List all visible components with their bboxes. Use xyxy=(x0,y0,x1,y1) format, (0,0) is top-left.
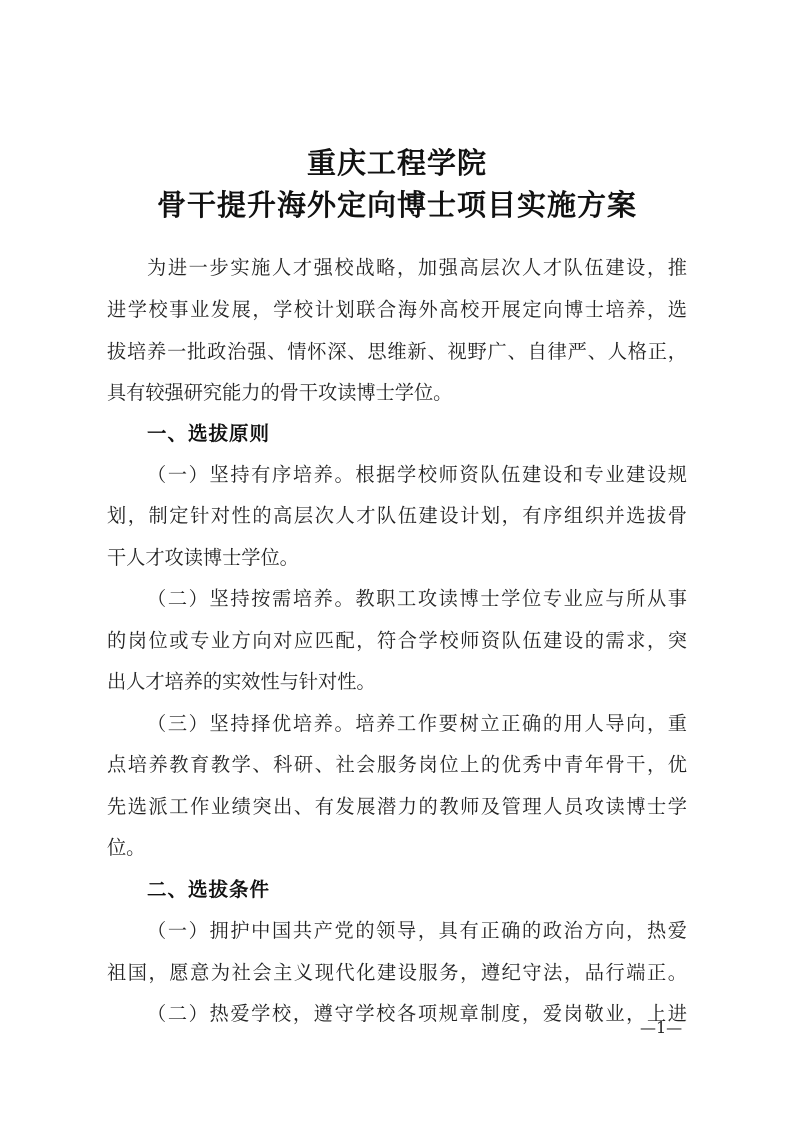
text-line: 划，制定针对性的高层次人才队伍建设计划，有序组织并选拔骨 xyxy=(107,503,687,529)
text-line: 祖国，愿意为社会主义现代化建设服务，遵纪守法，品行端正。 xyxy=(107,960,687,986)
section-heading-selection-conditions: 二、选拔条件 xyxy=(147,877,270,903)
text-line: 的岗位或专业方向对应匹配，符合学校师资队伍建设的需求，突 xyxy=(107,628,687,654)
text-line: 拔培养一批政治强、情怀深、思维新、视野广、自律严、人格正， xyxy=(107,339,687,365)
document-title-line1: 重庆工程学院 xyxy=(0,141,794,182)
text-line: 为进一步实施人才强校战略，加强高层次人才队伍建设，推 xyxy=(147,255,687,281)
text-line: （二）热爱学校，遵守学校各项规章制度，爱岗敬业，上进 xyxy=(147,1001,687,1027)
text-line: （一）拥护中国共产党的领导，具有正确的政治方向，热爱 xyxy=(147,918,687,944)
text-line: 具有较强研究能力的骨干攻读博士学位。 xyxy=(107,380,687,406)
section-heading-selection-principles: 一、选拔原则 xyxy=(147,421,270,447)
text-line: 出人才培养的实效性与针对性。 xyxy=(107,669,687,695)
text-line: 点培养教育教学、科研、社会服务岗位上的优秀中青年骨干，优 xyxy=(107,752,687,778)
text-line: 干人才攻读博士学位。 xyxy=(107,545,687,571)
text-line: （三）坚持择优培养。培养工作要树立正确的用人导向，重 xyxy=(147,711,687,737)
page-number: —1— xyxy=(640,1018,682,1037)
text-line: 进学校事业发展，学校计划联合海外高校开展定向博士培养，选 xyxy=(107,297,687,323)
text-line: 先选派工作业绩突出、有发展潜力的教师及管理人员攻读博士学 xyxy=(107,794,687,820)
document-page: 重庆工程学院 骨干提升海外定向博士项目实施方案 为进一步实施人才强校战略，加强高… xyxy=(0,0,794,1122)
text-line: （一）坚持有序培养。根据学校师资队伍建设和专业建设规 xyxy=(147,462,687,488)
text-line: 位。 xyxy=(107,835,687,861)
text-line: （二）坚持按需培养。教职工攻读博士学位专业应与所从事 xyxy=(147,586,687,612)
document-title-line2: 骨干提升海外定向博士项目实施方案 xyxy=(0,183,794,224)
